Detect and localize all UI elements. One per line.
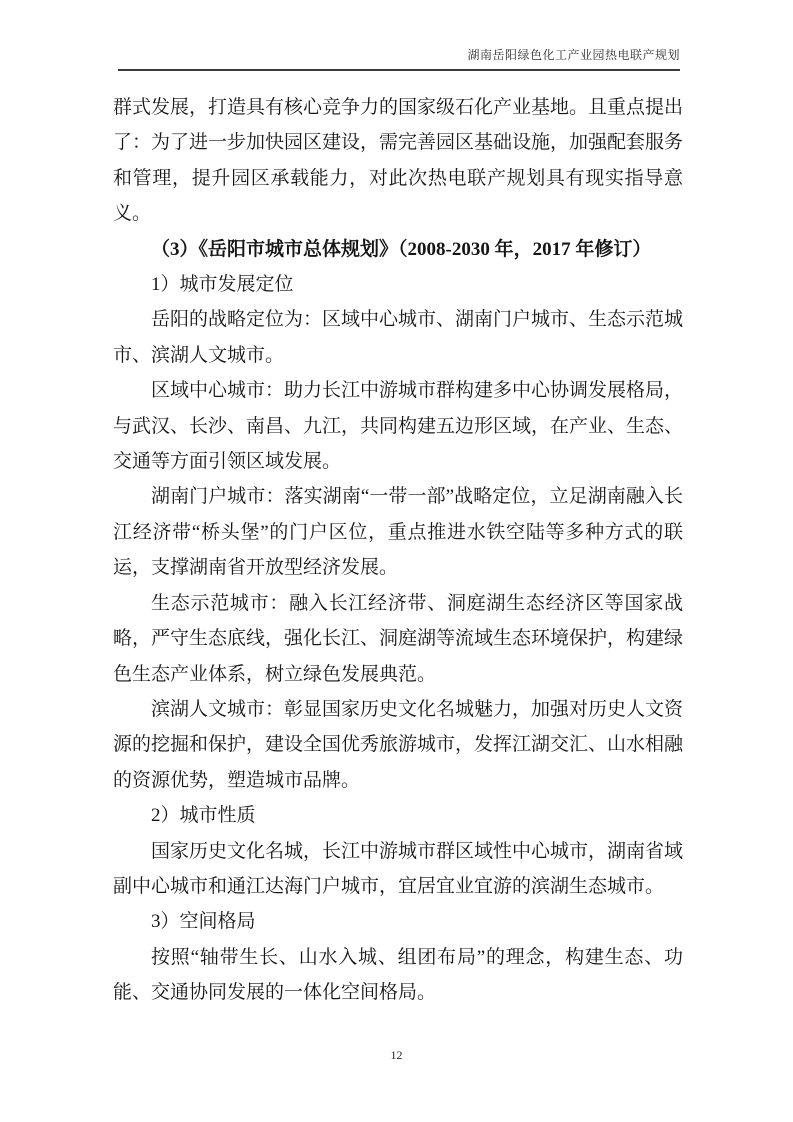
paragraph: 湖南门户城市：落实湖南“一带一部”战略定位，立足湖南融入长江经济带“桥头堡”的门… bbox=[113, 479, 683, 585]
page-footer: 12 bbox=[0, 1048, 793, 1063]
paragraph: 群式发展，打造具有核心竞争力的国家级石化产业基地。且重点提出了：为了进一步加快园… bbox=[113, 90, 683, 232]
document-page: 湖南岳阳绿色化工产业园热电联产规划 群式发展，打造具有核心竞争力的国家级石化产业… bbox=[0, 0, 793, 1122]
paragraph: 区域中心城市：助力长江中游城市群构建多中心协调发展格局，与武汉、长沙、南昌、九江… bbox=[113, 373, 683, 479]
paragraph: 岳阳的战略定位为：区域中心城市、湖南门户城市、生态示范城市、滨湖人文城市。 bbox=[113, 302, 683, 373]
document-content: 群式发展，打造具有核心竞争力的国家级石化产业基地。且重点提出了：为了进一步加快园… bbox=[113, 90, 683, 1011]
subsection-heading: 1）城市发展定位 bbox=[113, 267, 683, 302]
paragraph: 生态示范城市：融入长江经济带、洞庭湖生态经济区等国家战略，严守生态底线，强化长江… bbox=[113, 586, 683, 692]
page-number: 12 bbox=[391, 1048, 403, 1062]
subsection-heading: 3）空间格局 bbox=[113, 904, 683, 939]
header-title: 湖南岳阳绿色化工产业园热电联产规划 bbox=[467, 48, 680, 62]
page-header: 湖南岳阳绿色化工产业园热电联产规划 bbox=[118, 46, 680, 71]
section-heading: （3）《岳阳市城市总体规划》（2008-2030 年，2017 年修订） bbox=[113, 232, 683, 267]
paragraph: 国家历史文化名城，长江中游城市群区域性中心城市，湖南省域副中心城市和通江达海门户… bbox=[113, 834, 683, 905]
paragraph: 按照“轴带生长、山水入城、组团布局”的理念，构建生态、功能、交通协同发展的一体化… bbox=[113, 940, 683, 1011]
subsection-heading: 2）城市性质 bbox=[113, 798, 683, 833]
paragraph: 滨湖人文城市：彰显国家历史文化名城魅力，加强对历史人文资源的挖掘和保护，建设全国… bbox=[113, 692, 683, 798]
